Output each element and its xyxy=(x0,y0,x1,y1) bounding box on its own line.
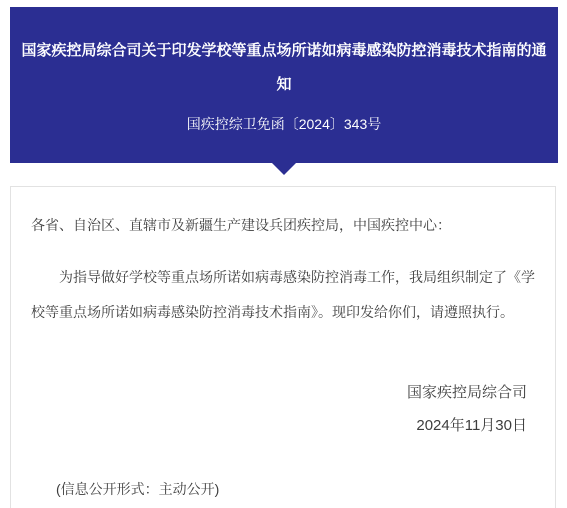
salutation: 各省、自治区、直辖市及新疆生产建设兵团疾控局，中国疾控中心： xyxy=(31,216,535,234)
signature-block: 国家疾控局综合司 2024年11月30日 xyxy=(31,383,535,436)
body-paragraph: 为指导做好学校等重点场所诺如病毒感染防控消毒工作，我局组织制定了《学校等重点场所… xyxy=(31,260,535,330)
issue-date: 2024年11月30日 xyxy=(31,416,527,436)
disclosure-note: (信息公开形式：主动公开) xyxy=(56,480,535,498)
notice-body: 各省、自治区、直辖市及新疆生产建设兵团疾控局，中国疾控中心： 为指导做好学校等重… xyxy=(10,186,556,508)
notice-page: 国家疾控局综合司关于印发学校等重点场所诺如病毒感染防控消毒技术指南的通知 国疾控… xyxy=(0,0,567,508)
arrow-down-icon xyxy=(272,163,296,175)
notice-header: 国家疾控局综合司关于印发学校等重点场所诺如病毒感染防控消毒技术指南的通知 国疾控… xyxy=(10,7,558,163)
issuer-signature: 国家疾控局综合司 xyxy=(31,383,527,403)
doc-number: 国疾控综卫免函〔2024〕343号 xyxy=(10,114,558,134)
notice-title: 国家疾控局综合司关于印发学校等重点场所诺如病毒感染防控消毒技术指南的通知 xyxy=(10,34,558,102)
